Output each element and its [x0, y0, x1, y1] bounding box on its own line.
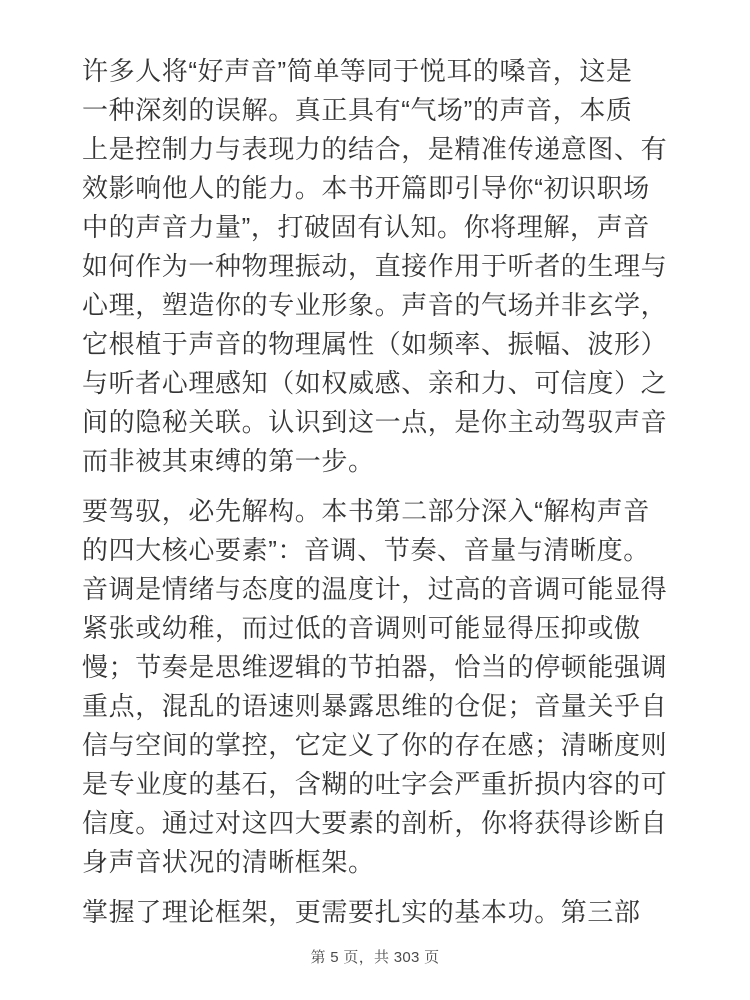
book-page: 许多人将“好声音”简单等同于悦耳的嗓音，这是 一种深刻的误解。真正具有“气场”的…	[0, 0, 750, 1000]
body-text: 许多人将“好声音”简单等同于悦耳的嗓音，这是 一种深刻的误解。真正具有“气场”的…	[82, 52, 668, 943]
paragraph: 掌握了理论框架，更需要扎实的基本功。第三部	[82, 893, 668, 932]
paragraph: 许多人将“好声音”简单等同于悦耳的嗓音，这是 一种深刻的误解。真正具有“气场”的…	[82, 52, 668, 481]
page-footer: 第 5 页，共 303 页	[0, 948, 750, 968]
page-number-indicator: 第 5 页，共 303 页	[311, 949, 440, 966]
paragraph: 要驾驭，必先解构。本书第二部分深入“解构声音 的四大核心要素”：音调、节奏、音量…	[82, 492, 668, 882]
